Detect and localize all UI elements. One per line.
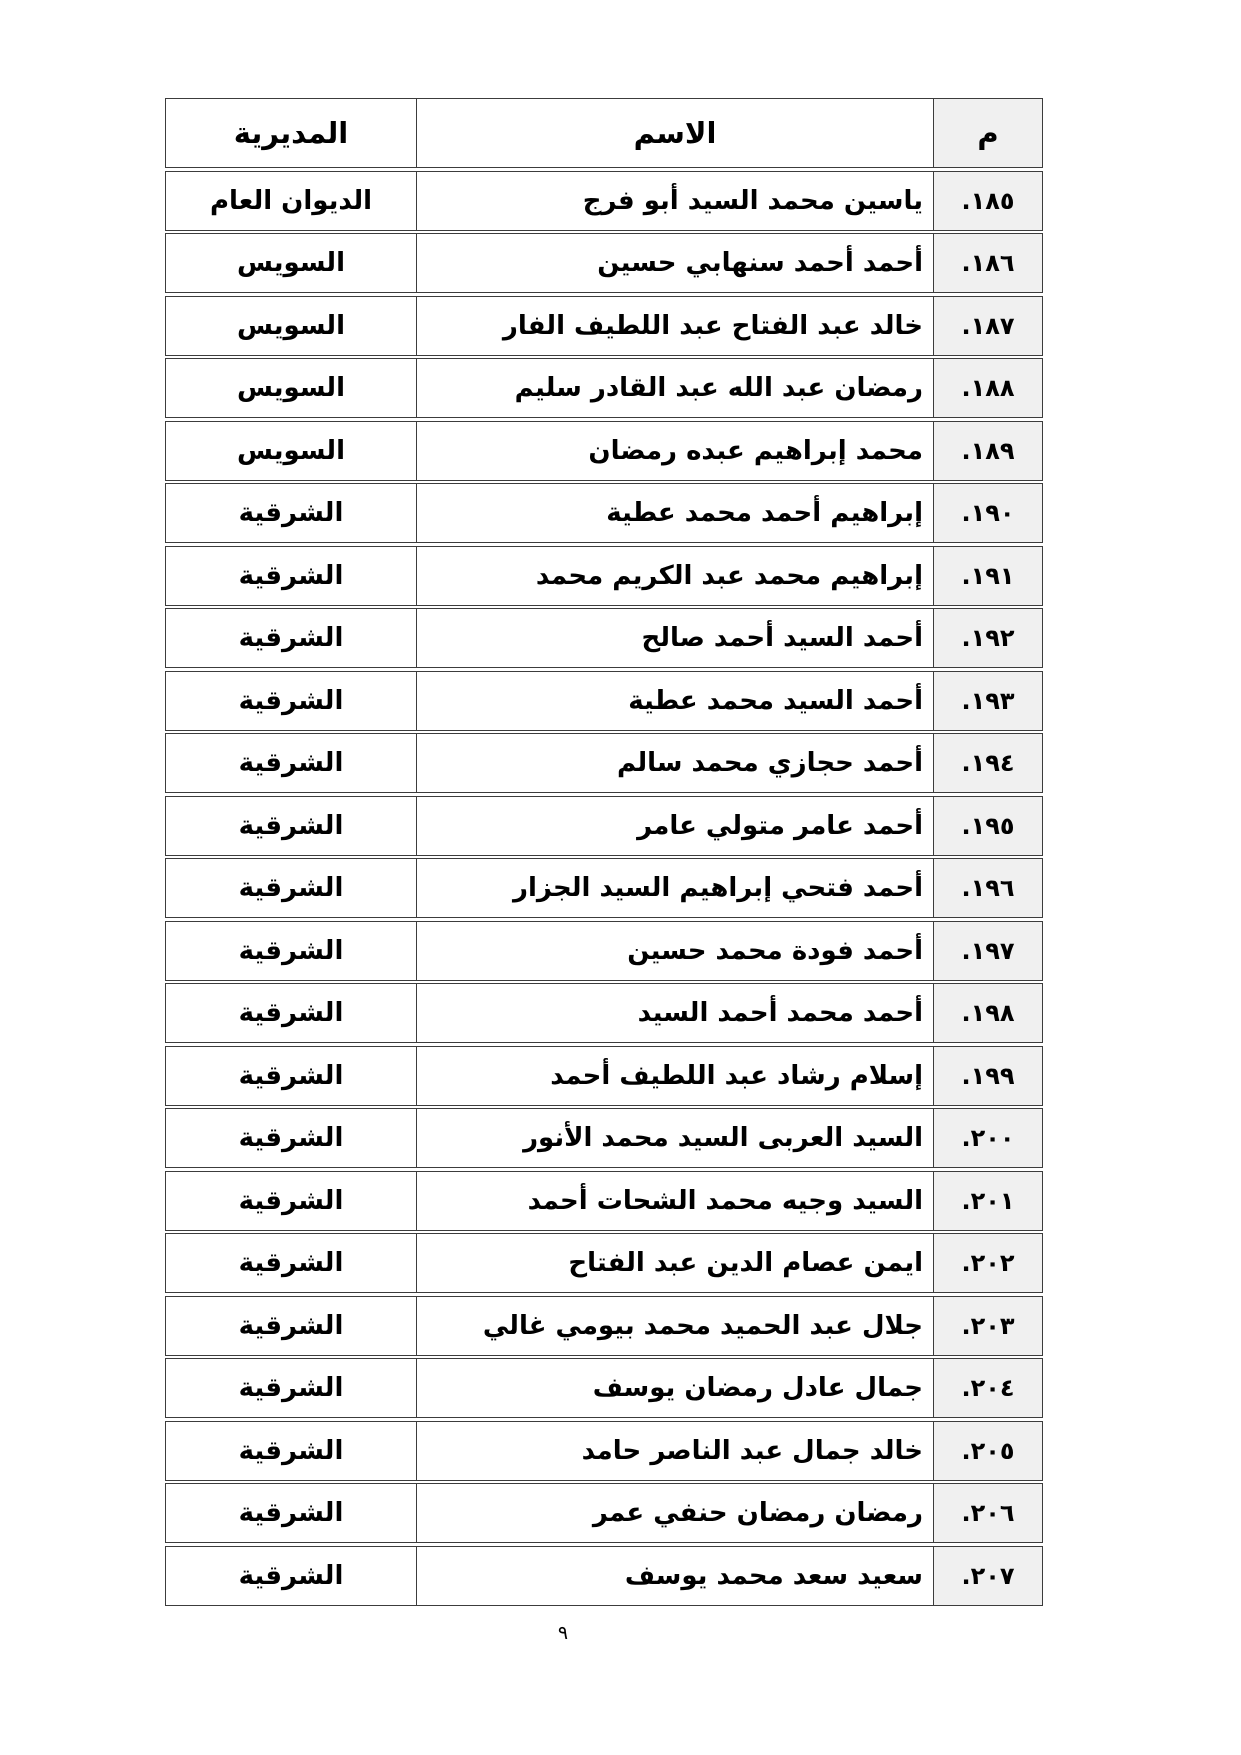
row-directorate-cell: الشرقية xyxy=(165,1296,416,1356)
table-row: ١٩٠. إبراهيم أحمد محمد عطية الشرقية xyxy=(165,483,1043,543)
row-serial-cell: ١٩١. xyxy=(933,546,1043,606)
row-directorate-cell: الشرقية xyxy=(165,1358,416,1418)
row-directorate-cell: السويس xyxy=(165,358,416,418)
row-serial-cell: ٢٠٥. xyxy=(933,1421,1043,1481)
row-name-cell: إبراهيم محمد عبد الكريم محمد xyxy=(416,546,933,606)
row-directorate-cell: الشرقية xyxy=(165,1046,416,1106)
row-serial-cell: ١٨٦. xyxy=(933,233,1043,293)
row-serial-cell: ٢٠٣. xyxy=(933,1296,1043,1356)
row-serial-cell: ٢٠٧. xyxy=(933,1546,1043,1606)
row-serial-cell: ٢٠٢. xyxy=(933,1233,1043,1293)
row-name-cell: السيد وجيه محمد الشحات أحمد xyxy=(416,1171,933,1231)
row-serial-cell: ٢٠١. xyxy=(933,1171,1043,1231)
row-directorate-cell: الشرقية xyxy=(165,796,416,856)
header-serial: م xyxy=(933,98,1043,168)
row-name-cell: أحمد السيد أحمد صالح xyxy=(416,608,933,668)
table-row: ٢٠٠. السيد العربى السيد محمد الأنور الشر… xyxy=(165,1108,1043,1168)
table-row: ١٩٧. أحمد فودة محمد حسين الشرقية xyxy=(165,921,1043,981)
table-row: ٢٠٦. رمضان رمضان حنفي عمر الشرقية xyxy=(165,1483,1043,1543)
row-directorate-cell: الشرقية xyxy=(165,546,416,606)
row-directorate-cell: الشرقية xyxy=(165,1421,416,1481)
row-name-cell: جمال عادل رمضان يوسف xyxy=(416,1358,933,1418)
row-name-cell: سعيد سعد محمد يوسف xyxy=(416,1546,933,1606)
row-serial-cell: ١٨٧. xyxy=(933,296,1043,356)
row-name-cell: أحمد عامر متولي عامر xyxy=(416,796,933,856)
document-page: م الاسم المديرية ١٨٥. ياسين محمد السيد أ… xyxy=(0,0,1241,1755)
table-row: ١٨٨. رمضان عبد الله عبد القادر سليم السو… xyxy=(165,358,1043,418)
row-name-cell: أحمد فتحي إبراهيم السيد الجزار xyxy=(416,858,933,918)
row-serial-cell: ١٩٠. xyxy=(933,483,1043,543)
row-name-cell: محمد إبراهيم عبده رمضان xyxy=(416,421,933,481)
table-row: ١٩٢. أحمد السيد أحمد صالح الشرقية xyxy=(165,608,1043,668)
row-serial-cell: ١٩٥. xyxy=(933,796,1043,856)
row-name-cell: ايمن عصام الدين عبد الفتاح xyxy=(416,1233,933,1293)
header-directorate: المديرية xyxy=(165,98,416,168)
row-serial-cell: ٢٠٠. xyxy=(933,1108,1043,1168)
row-serial-cell: ١٩٤. xyxy=(933,733,1043,793)
row-directorate-cell: الشرقية xyxy=(165,858,416,918)
table-row: ١٨٥. ياسين محمد السيد أبو فرج الديوان ال… xyxy=(165,171,1043,231)
row-name-cell: أحمد حجازي محمد سالم xyxy=(416,733,933,793)
row-directorate-cell: السويس xyxy=(165,296,416,356)
row-serial-cell: ١٩٧. xyxy=(933,921,1043,981)
row-directorate-cell: الشرقية xyxy=(165,1108,416,1168)
row-name-cell: جلال عبد الحميد محمد بيومي غالي xyxy=(416,1296,933,1356)
row-serial-cell: ١٩٦. xyxy=(933,858,1043,918)
row-name-cell: السيد العربى السيد محمد الأنور xyxy=(416,1108,933,1168)
header-name: الاسم xyxy=(416,98,933,168)
table-row: ٢٠٥. خالد جمال عبد الناصر حامد الشرقية xyxy=(165,1421,1043,1481)
row-name-cell: خالد عبد الفتاح عبد اللطيف الفار xyxy=(416,296,933,356)
row-serial-cell: ١٨٨. xyxy=(933,358,1043,418)
table-row: ١٩٨. أحمد محمد أحمد السيد الشرقية xyxy=(165,983,1043,1043)
table-row: ١٩٤. أحمد حجازي محمد سالم الشرقية xyxy=(165,733,1043,793)
row-directorate-cell: الشرقية xyxy=(165,1171,416,1231)
table-row: ١٩٣. أحمد السيد محمد عطية الشرقية xyxy=(165,671,1043,731)
row-name-cell: خالد جمال عبد الناصر حامد xyxy=(416,1421,933,1481)
table-row: ١٨٩. محمد إبراهيم عبده رمضان السويس xyxy=(165,421,1043,481)
row-directorate-cell: السويس xyxy=(165,233,416,293)
row-serial-cell: ٢٠٤. xyxy=(933,1358,1043,1418)
row-name-cell: رمضان عبد الله عبد القادر سليم xyxy=(416,358,933,418)
row-name-cell: أحمد السيد محمد عطية xyxy=(416,671,933,731)
row-name-cell: إسلام رشاد عبد اللطيف أحمد xyxy=(416,1046,933,1106)
row-directorate-cell: الشرقية xyxy=(165,671,416,731)
row-directorate-cell: السويس xyxy=(165,421,416,481)
table-row: ٢٠٣. جلال عبد الحميد محمد بيومي غالي الش… xyxy=(165,1296,1043,1356)
table-row: ٢٠٢. ايمن عصام الدين عبد الفتاح الشرقية xyxy=(165,1233,1043,1293)
table-row: ١٩١. إبراهيم محمد عبد الكريم محمد الشرقي… xyxy=(165,546,1043,606)
row-directorate-cell: الشرقية xyxy=(165,483,416,543)
table-header-row: م الاسم المديرية xyxy=(165,98,1043,168)
row-directorate-cell: الشرقية xyxy=(165,983,416,1043)
row-directorate-cell: الديوان العام xyxy=(165,171,416,231)
row-serial-cell: ١٩٨. xyxy=(933,983,1043,1043)
row-name-cell: أحمد محمد أحمد السيد xyxy=(416,983,933,1043)
row-name-cell: إبراهيم أحمد محمد عطية xyxy=(416,483,933,543)
table-row: ١٩٦. أحمد فتحي إبراهيم السيد الجزار الشر… xyxy=(165,858,1043,918)
row-name-cell: ياسين محمد السيد أبو فرج xyxy=(416,171,933,231)
row-serial-cell: ١٨٥. xyxy=(933,171,1043,231)
row-name-cell: رمضان رمضان حنفي عمر xyxy=(416,1483,933,1543)
roster-table: م الاسم المديرية ١٨٥. ياسين محمد السيد أ… xyxy=(165,98,1043,1606)
row-directorate-cell: الشرقية xyxy=(165,1483,416,1543)
row-name-cell: أحمد أحمد سنهابي حسين xyxy=(416,233,933,293)
row-directorate-cell: الشرقية xyxy=(165,1546,416,1606)
row-serial-cell: ١٩٢. xyxy=(933,608,1043,668)
row-directorate-cell: الشرقية xyxy=(165,1233,416,1293)
table-row: ١٨٦. أحمد أحمد سنهابي حسين السويس xyxy=(165,233,1043,293)
table-row: ١٩٥. أحمد عامر متولي عامر الشرقية xyxy=(165,796,1043,856)
table-row: ١٩٩. إسلام رشاد عبد اللطيف أحمد الشرقية xyxy=(165,1046,1043,1106)
table-row: ٢٠٧. سعيد سعد محمد يوسف الشرقية xyxy=(165,1546,1043,1606)
row-directorate-cell: الشرقية xyxy=(165,608,416,668)
table-row: ٢٠٤. جمال عادل رمضان يوسف الشرقية xyxy=(165,1358,1043,1418)
row-name-cell: أحمد فودة محمد حسين xyxy=(416,921,933,981)
row-serial-cell: ١٩٩. xyxy=(933,1046,1043,1106)
row-serial-cell: ٢٠٦. xyxy=(933,1483,1043,1543)
row-directorate-cell: الشرقية xyxy=(165,921,416,981)
row-directorate-cell: الشرقية xyxy=(165,733,416,793)
table-row: ١٨٧. خالد عبد الفتاح عبد اللطيف الفار ال… xyxy=(165,296,1043,356)
row-serial-cell: ١٨٩. xyxy=(933,421,1043,481)
row-serial-cell: ١٩٣. xyxy=(933,671,1043,731)
page-number: ٩ xyxy=(0,1622,1126,1644)
table-row: ٢٠١. السيد وجيه محمد الشحات أحمد الشرقية xyxy=(165,1171,1043,1231)
